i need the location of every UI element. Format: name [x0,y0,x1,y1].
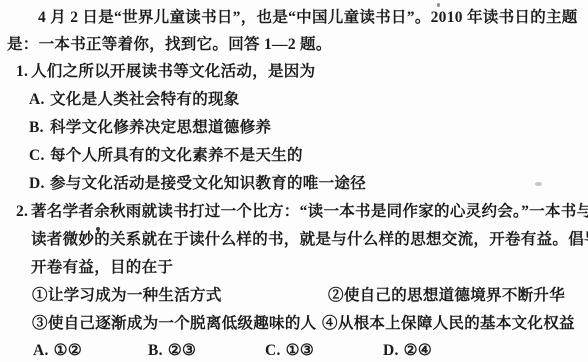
choice-c: C.①③ [265,342,314,359]
statements-row-1: ①让学习成为一种生活方式 ②使自己的思想道德境界不断升华 [0,287,588,304]
choice-b-label: B. [148,342,163,359]
choice-a-text: ①② [54,342,82,359]
question-1-text: 人们之所以开展读书等文化活动，是因为 [31,63,315,80]
scan-speck [437,3,440,7]
option-d-text: 参与文化活动是接受文化知识教育的唯一途径 [50,175,366,192]
option-a-label: A. [29,91,50,108]
choice-b-text: ②③ [168,342,196,359]
question-1-number: 1. [16,63,31,80]
choice-d-text: ②④ [404,342,432,359]
option-b-label: B. [29,119,50,136]
statement-3-text: 使自己逐渐成为一个脱离低级趣味的人 [48,315,317,332]
statement-2-circled-number: ② [328,287,344,304]
intro-line-1: 4 月 2 日是“世界儿童读书日”，也是“中国儿童读书日”。2010 年读书日的… [0,9,588,26]
choice-a-label: A. [33,342,49,359]
question-2-stem-line-3: 开卷有益，目的在于 [0,259,588,276]
statement-3: ③使自己逐渐成为一个脱离低级趣味的人 [32,315,316,332]
option-c-text: 每个人所具有的文化素养不是天生的 [50,147,303,164]
option-b-text: 科学文化修养决定思想道德修养 [50,119,271,136]
scan-speck [152,158,155,161]
statement-1: ①让学习成为一种生活方式 [32,287,222,304]
option-c-label: C. [29,147,50,164]
choice-b: B.②③ [148,342,196,359]
choice-c-label: C. [265,342,281,359]
choice-a: A.①② [33,342,82,359]
question-1-option-c: C.每个人所具有的文化素养不是天生的 [0,147,588,164]
question-1-option-d: D.参与文化活动是接受文化知识教育的唯一途径 [0,175,588,192]
statements-row-2: ③使自己逐渐成为一个脱离低级趣味的人 ④从根本上保障人民的基本文化权益 [0,315,588,332]
statement-2: ②使自己的思想道德境界不断升华 [328,287,565,304]
question-2-text-1: 著名学者余秋雨就读书打过一个比方：“读一本书是同作家的心灵约会。”一本书与 [31,203,588,220]
intro-line-2: 是：一本书正等着你，找到它。回答 1—2 题。 [0,36,588,53]
question-2-stem-line-2: 读者微妙的关系就在于读什么样的书，就是与什么样的思想交流，开卷有益。倡导 [0,231,588,248]
option-a-text: 文化是人类社会特有的现象 [50,91,240,108]
question-2-number: 2. [16,203,31,220]
scan-speck [96,227,100,231]
statement-4-circled-number: ④ [322,315,338,332]
question-2-stem-line-1: 2.著名学者余秋雨就读书打过一个比方：“读一本书是同作家的心灵约会。”一本书与 [0,203,588,220]
statement-3-circled-number: ③ [32,315,48,332]
scan-speck [535,182,542,186]
option-d-label: D. [29,175,50,192]
choice-c-text: ①③ [286,342,314,359]
exam-paper-scan: 4 月 2 日是“世界儿童读书日”，也是“中国儿童读书日”。2010 年读书日的… [0,0,588,362]
question-1-option-a: A.文化是人类社会特有的现象 [0,91,588,108]
question-1-option-b: B.科学文化修养决定思想道德修养 [0,119,588,136]
question-1-stem: 1.人们之所以开展读书等文化活动，是因为 [0,63,588,80]
statement-4: ④从根本上保障人民的基本文化权益 [322,315,575,332]
statement-1-circled-number: ① [32,287,48,304]
statement-4-text: 从根本上保障人民的基本文化权益 [338,315,575,332]
choice-d: D.②④ [383,342,432,359]
choice-d-label: D. [383,342,399,359]
statement-2-text: 使自己的思想道德境界不断升华 [344,287,565,304]
statement-1-text: 让学习成为一种生活方式 [48,287,222,304]
